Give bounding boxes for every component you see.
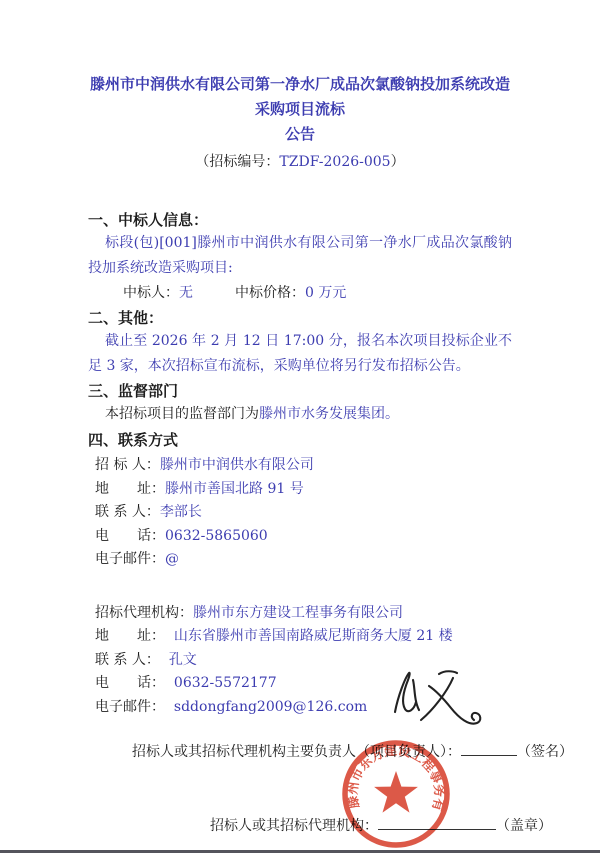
contact-value: 0632-5572177 (174, 675, 277, 691)
section2-body: 截止至 2026 年 2 月 12 日 17:00 分，报名本次项目投标企业不足… (88, 329, 512, 379)
price-value: 0 万元 (305, 285, 346, 301)
contact-label: 联 系 人： (95, 501, 160, 525)
winner-line: 中标人：无中标价格：0 万元 (88, 281, 512, 306)
contact-value: 孔文 (169, 652, 197, 668)
contact-value: 李部长 (160, 504, 202, 520)
winner-value: 无 (179, 285, 193, 301)
contact-value: 滕州市东方建设工程事务有限公司 (193, 605, 403, 621)
section1-heading: 一、中标人信息： (88, 209, 512, 231)
agency-contact-block: 招标代理机构：滕州市东方建设工程事务有限公司 地 址： 山东省滕州市善国南路威尼… (88, 602, 512, 720)
contact-row-agency: 招标代理机构：滕州市东方建设工程事务有限公司 (88, 602, 512, 626)
winner-label: 中标人： (123, 285, 179, 301)
bid-number-value: TZDF-2026-005 (279, 154, 390, 170)
contact-label: 电子邮件： (95, 696, 174, 720)
contact-value: sddongfang2009@126.com (174, 699, 367, 715)
seal-line-label: 招标人或其招标代理机构： (210, 818, 378, 834)
signature-line: 招标人或其招标代理机构主要负责人（项目负责人）：（签名） (88, 741, 512, 763)
signature-line-suffix: （签名） (517, 744, 573, 760)
tenderer-contact-block: 招 标 人：滕州市中润供水有限公司 地 址：滕州市善国北路 91 号 联 系 人… (88, 454, 512, 572)
contact-label: 电 话： (95, 672, 174, 696)
signature-line-label: 招标人或其招标代理机构主要负责人（项目负责人）： (132, 744, 461, 760)
signature-underline (461, 743, 517, 756)
contact-value: 山东省滕州市善国南路威尼斯商务大厦 21 楼 (174, 628, 453, 644)
contact-value: 滕州市中润供水有限公司 (160, 457, 314, 473)
seal-underline (378, 817, 496, 830)
contact-value: 滕州市善国北路 91 号 (165, 481, 304, 497)
document-content: 滕州市中润供水有限公司第一净水厂成品次氯酸钠投加系统改造采购项目流标 公告 （招… (88, 0, 512, 837)
section3-heading: 三、监督部门 (88, 380, 512, 402)
page-title: 滕州市中润供水有限公司第一净水厂成品次氯酸钠投加系统改造采购项目流标 公告 (88, 72, 512, 147)
seal-line: 招标人或其招标代理机构：（盖章） (88, 815, 512, 837)
contact-value: @ (165, 551, 179, 567)
contact-row-email: 电子邮件： sddongfang2009@126.com (88, 696, 512, 720)
document-page: 滕州市中润供水有限公司第一净水厂成品次氯酸钠投加系统改造采购项目流标 公告 （招… (0, 0, 600, 853)
contact-value: 0632-5865060 (165, 528, 268, 544)
page-title-line1: 滕州市中润供水有限公司第一净水厂成品次氯酸钠投加系统改造采购项目流标 (88, 72, 512, 122)
contact-row-address: 地 址：滕州市善国北路 91 号 (88, 478, 512, 502)
contact-row-person: 联 系 人： 孔文 (88, 649, 512, 673)
contact-label: 招 标 人： (95, 454, 160, 478)
seal-line-suffix: （盖章） (496, 818, 552, 834)
section3-body-prefix: 本招标项目的监督部门为 (105, 406, 259, 422)
price-label: 中标价格： (235, 285, 305, 301)
bid-number-close: ） (391, 154, 405, 170)
section4-heading: 四、联系方式 (88, 429, 512, 451)
contact-row-person: 联 系 人：李部长 (88, 501, 512, 525)
contact-row-phone: 电 话：0632-5865060 (88, 525, 512, 549)
contact-row-phone: 电 话： 0632-5572177 (88, 672, 512, 696)
contact-label: 地 址： (95, 625, 174, 649)
contact-label: 地 址： (95, 478, 165, 502)
bid-number-line: （招标编号：TZDF-2026-005） (88, 152, 512, 172)
page-title-line2: 公告 (88, 122, 512, 147)
contact-label: 联 系 人： (95, 649, 169, 673)
contact-row-email: 电子邮件：@ (88, 548, 512, 572)
contact-row-tenderer: 招 标 人：滕州市中润供水有限公司 (88, 454, 512, 478)
contact-label: 电 话： (95, 525, 165, 549)
section1-package-line: 标段(包)[001]滕州市中润供水有限公司第一净水厂成品次氯酸钠投加系统改造采购… (88, 231, 512, 281)
section3-body: 本招标项目的监督部门为滕州市水务发展集团。 (88, 402, 512, 427)
contact-label: 招标代理机构： (95, 602, 193, 626)
bid-number-open: （招标编号： (195, 154, 279, 170)
contact-label: 电子邮件： (95, 548, 165, 572)
contact-row-address: 地 址： 山东省滕州市善国南路威尼斯商务大厦 21 楼 (88, 625, 512, 649)
section2-heading: 二、其他： (88, 307, 512, 329)
section3-body-value: 滕州市水务发展集团。 (259, 406, 399, 422)
